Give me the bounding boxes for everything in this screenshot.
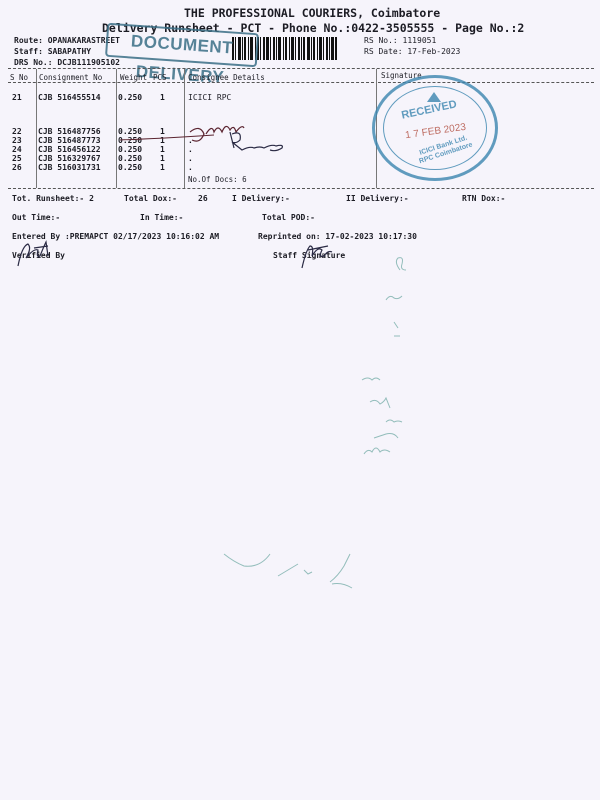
total-dox-label: Total Dox:-	[124, 194, 177, 203]
ii-delivery: II Delivery:-	[346, 194, 409, 203]
rs-date-value: 17-Feb-2023	[407, 47, 460, 56]
received-stamp: RECEIVED 1 7 FEB 2023 ICICI Bank Ltd. RP…	[372, 75, 498, 181]
cell-consignment: CJB 516456122	[38, 145, 101, 154]
cell-consignee: .	[188, 163, 193, 172]
bank-logo-icon	[427, 92, 441, 102]
cell-sno: 26	[12, 163, 22, 172]
recipient-signature-icon	[110, 118, 310, 158]
cell-consignment: CJB 516487773	[38, 136, 101, 145]
i-delivery: I Delivery:-	[232, 194, 290, 203]
cell-sno: 21	[12, 93, 22, 102]
verifier-signature-icon	[14, 238, 54, 270]
divider	[8, 68, 594, 69]
rtn-dox: RTN Dox:-	[462, 194, 505, 203]
col-consignee: Consignee Details	[188, 73, 265, 82]
cell-weight: 0.250	[118, 163, 142, 172]
in-time: In Time:-	[140, 213, 183, 222]
rs-no-field: RS No.: 1119051	[364, 36, 436, 45]
staff-signature-icon	[296, 238, 336, 270]
col-pcs: PCS	[153, 73, 167, 82]
company-title: THE PROFESSIONAL COURIERS, Coimbatore	[184, 6, 440, 20]
bleed-through-marks	[220, 540, 370, 590]
col-consignment: Consignment No	[39, 73, 102, 82]
cell-weight: 0.250	[118, 93, 142, 102]
divider	[8, 188, 594, 189]
cell-consignment: CJB 516455514	[38, 93, 101, 102]
col-sno: S No	[10, 73, 28, 82]
no-of-docs: No.Of Docs: 6	[188, 175, 247, 184]
staff-field: Staff: SABAPATHY	[14, 47, 91, 56]
out-time: Out Time:-	[12, 213, 60, 222]
rs-no-label: RS No.:	[364, 36, 398, 45]
cell-consignment: CJB 516487756	[38, 127, 101, 136]
cell-consignee: ICICI RPC	[188, 93, 231, 102]
bleed-through-marks	[360, 250, 500, 470]
cell-sno: 25	[12, 154, 22, 163]
cell-consignment: CJB 516031731	[38, 163, 101, 172]
drs-value: DCJB111905102	[57, 58, 120, 67]
cell-pcs: 1	[160, 93, 165, 102]
col-weight: Weight	[120, 73, 147, 82]
cell-consignment: CJB 516329767	[38, 154, 101, 163]
rs-no-value: 1119051	[403, 36, 437, 45]
tot-runsheet: Tot. Runsheet:- 2	[12, 194, 94, 203]
route-label: Route:	[14, 36, 43, 45]
drs-label: DRS No.:	[14, 58, 53, 67]
staff-label: Staff:	[14, 47, 43, 56]
cell-sno: 23	[12, 136, 22, 145]
route-field: Route: OPANAKARASTREET	[14, 36, 120, 45]
total-dox-value: 26	[198, 194, 208, 203]
rs-date-label: RS Date:	[364, 47, 403, 56]
cell-pcs: 1	[160, 163, 165, 172]
total-pod: Total POD:-	[262, 213, 315, 222]
cell-sno: 24	[12, 145, 22, 154]
reprinted-on: Reprinted on: 17-02-2023 10:17:30	[258, 232, 417, 241]
column-divider	[36, 69, 37, 188]
rs-date-field: RS Date: 17-Feb-2023	[364, 47, 460, 56]
divider	[8, 82, 374, 83]
cell-sno: 22	[12, 127, 22, 136]
staff-value: SABAPATHY	[48, 47, 91, 56]
drs-field: DRS No.: DCJB111905102	[14, 58, 120, 67]
